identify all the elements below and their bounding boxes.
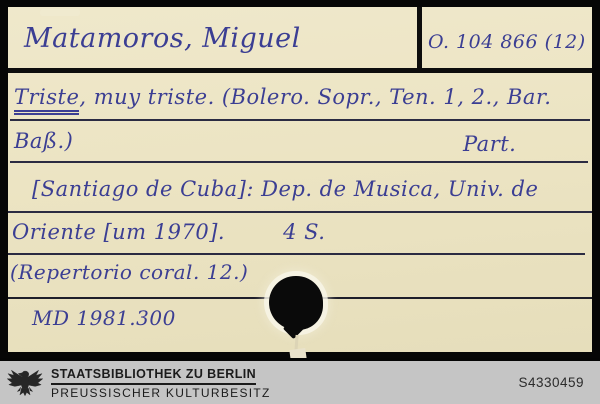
punch-hole xyxy=(269,276,323,330)
scanned-catalog-card-page: Matamoros, Miguel O. 104 866 (12) Triste… xyxy=(0,0,600,404)
author-heading: Matamoros, Miguel xyxy=(24,23,301,54)
library-identity: STAATSBIBLIOTHEK ZU BERLIN PREUSSISCHER … xyxy=(51,365,271,401)
ruled-line xyxy=(8,253,585,255)
series-statement: (Repertorio coral. 12.) xyxy=(10,260,248,284)
imprint-place-date: Oriente [um 1970]. xyxy=(12,220,225,244)
header-divider-line xyxy=(8,68,592,73)
imprint-line-1: [Santiago de Cuba]: Dep. de Musica, Univ… xyxy=(32,177,538,201)
library-subtitle: PREUSSISCHER KULTURBESITZ xyxy=(51,387,271,400)
call-number: O. 104 866 (12) xyxy=(428,31,586,53)
ruled-line xyxy=(10,119,590,121)
title-line-1-rest: , muy triste. (Bolero. Sopr., Ten. 1, 2.… xyxy=(79,85,551,109)
scan-number: S4330459 xyxy=(518,375,584,390)
ruled-line xyxy=(8,211,592,213)
format-note: Part. xyxy=(463,132,516,156)
library-footer-bar: STAATSBIBLIOTHEK ZU BERLIN PREUSSISCHER … xyxy=(0,358,600,404)
shelfmark: MD 1981.300 xyxy=(32,306,176,330)
title-line-2: Baß.) xyxy=(14,129,73,153)
title-underlined-word: Triste xyxy=(14,85,79,115)
paper-wear-artifact xyxy=(40,9,80,16)
catalog-card: Matamoros, Miguel O. 104 866 (12) Triste… xyxy=(8,7,592,352)
call-number-box-divider xyxy=(417,7,422,68)
extent-pages: 4 S. xyxy=(283,220,325,244)
ruled-line xyxy=(10,161,588,163)
library-name: STAATSBIBLIOTHEK ZU BERLIN xyxy=(51,368,256,386)
title-line-1: Triste, muy triste. (Bolero. Sopr., Ten.… xyxy=(14,85,551,109)
prussian-eagle-icon xyxy=(6,366,44,400)
imprint-line-2: Oriente [um 1970].4 S. xyxy=(12,220,325,244)
